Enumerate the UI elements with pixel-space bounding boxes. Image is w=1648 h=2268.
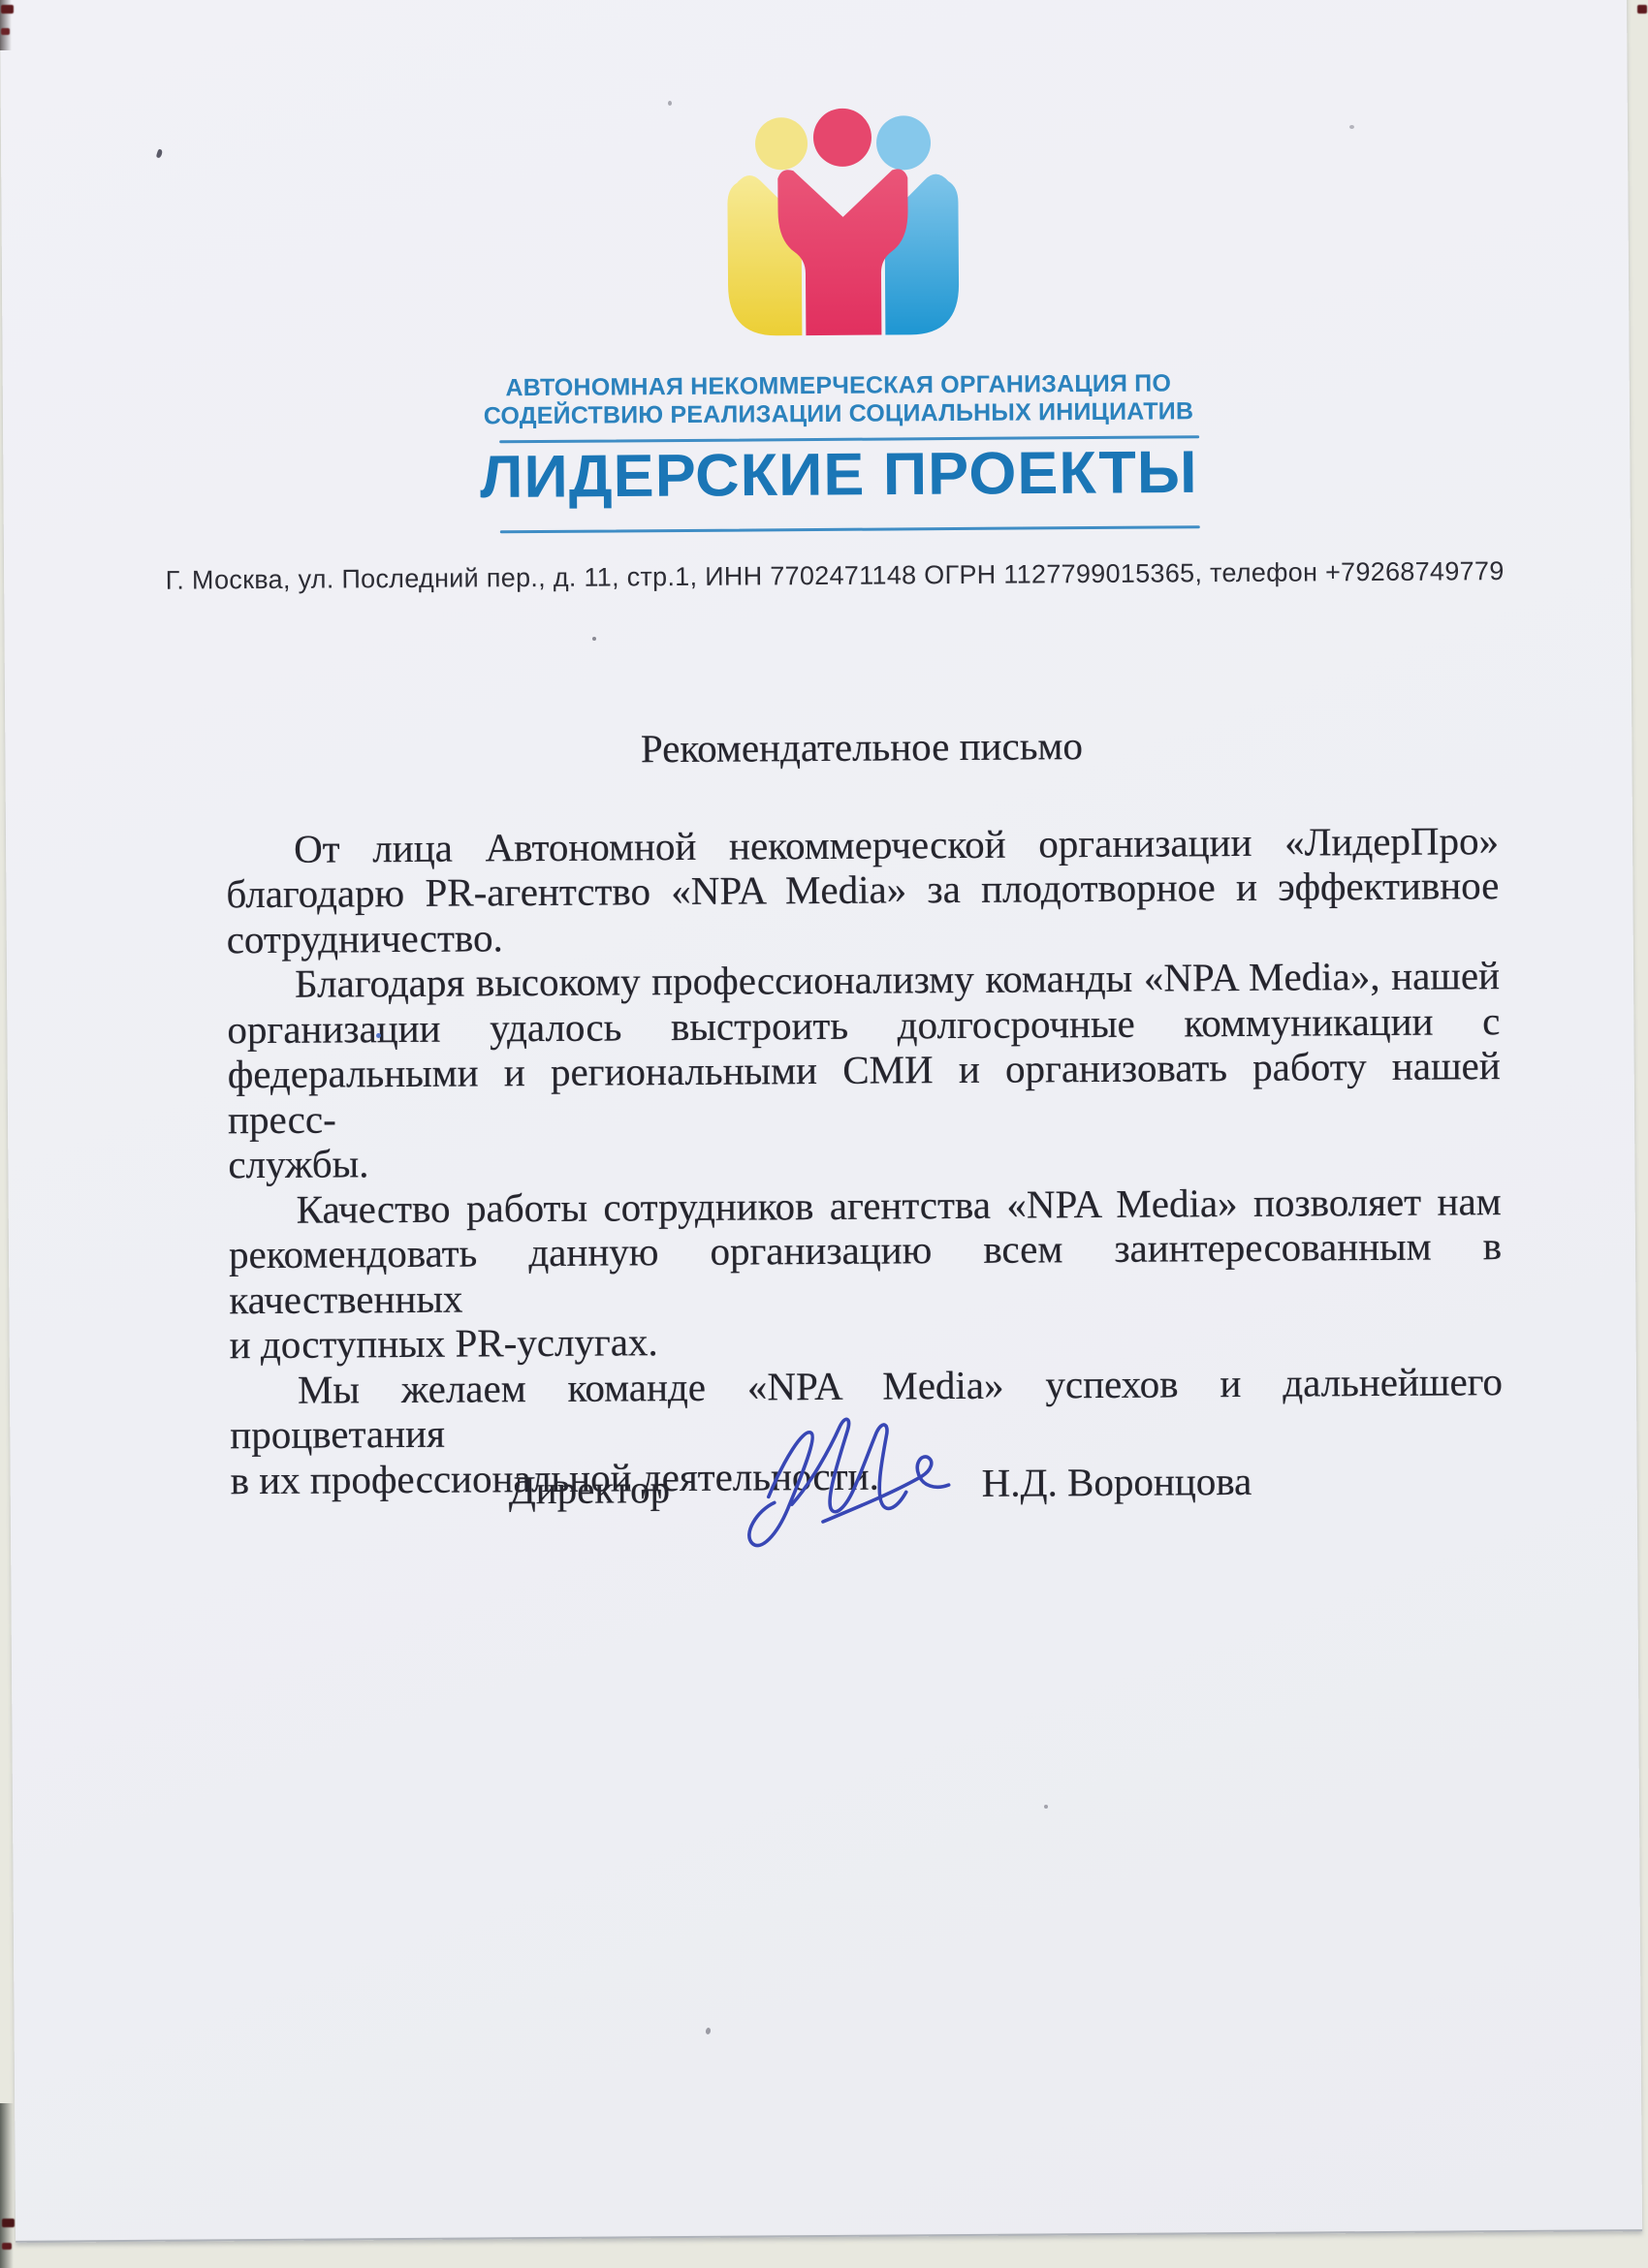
letter-body-line: благодарю PR-агентство «NPA Media» за пл… <box>226 863 1499 917</box>
blue-person-head <box>876 115 931 170</box>
letter-title: Рекомендательное письмо <box>225 720 1498 774</box>
handwritten-signature <box>739 1399 965 1563</box>
paper-sheet: АВТОНОМНАЯ НЕКОММЕРЧЕСКАЯ ОРГАНИЗАЦИЯ ПО… <box>0 0 1642 2243</box>
scan-speck <box>1044 1805 1048 1809</box>
org-name-block: АВТОНОМНАЯ НЕКОММЕРЧЕСКАЯ ОРГАНИЗАЦИЯ ПО… <box>402 369 1275 431</box>
scan-corner-mark <box>2 2219 15 2227</box>
scan-speck <box>592 637 596 641</box>
three-people-logo-icon <box>704 92 983 340</box>
scan-speck <box>668 101 672 106</box>
header-divider-bottom <box>500 525 1200 533</box>
scan-corner-mark <box>1637 5 1647 14</box>
signer-name: Н.Д. Воронцова <box>982 1458 1252 1506</box>
org-name-line2: СОДЕЙСТВИЮ РЕАЛИЗАЦИИ СОЦИАЛЬНЫХ ИНИЦИАТ… <box>402 397 1275 431</box>
scan-corner-mark <box>2 2243 12 2250</box>
red-person-head <box>813 109 872 167</box>
scanned-letter-page: { "page": { "scanner_bg": "#e8e8df", "pa… <box>0 0 1648 2268</box>
contact-line: Г. Москва, ул. Последний пер., д. 11, ст… <box>112 555 1557 596</box>
sheet-content: АВТОНОМНАЯ НЕКОММЕРЧЕСКАЯ ОРГАНИЗАЦИЯ ПО… <box>0 0 1648 2268</box>
scan-corner-mark <box>1 28 10 35</box>
signer-role: Директор <box>509 1465 671 1513</box>
letter-body: Рекомендательное письмо От лица Автономн… <box>225 720 1504 1502</box>
yellow-person-head <box>755 117 808 170</box>
scan-corner-mark <box>1 5 14 14</box>
letter-body-line: Благодаря высокому профессионализму кома… <box>227 953 1500 1007</box>
letter-body-line: федеральными и региональными СМИ и орган… <box>228 1043 1502 1142</box>
scan-speck <box>1349 125 1354 129</box>
brand-title: ЛИДЕРСКИЕ ПРОЕКТЫ <box>402 441 1275 508</box>
letter-body-line: рекомендовать данную организацию всем за… <box>229 1223 1503 1322</box>
ink-speck <box>376 1033 381 1038</box>
